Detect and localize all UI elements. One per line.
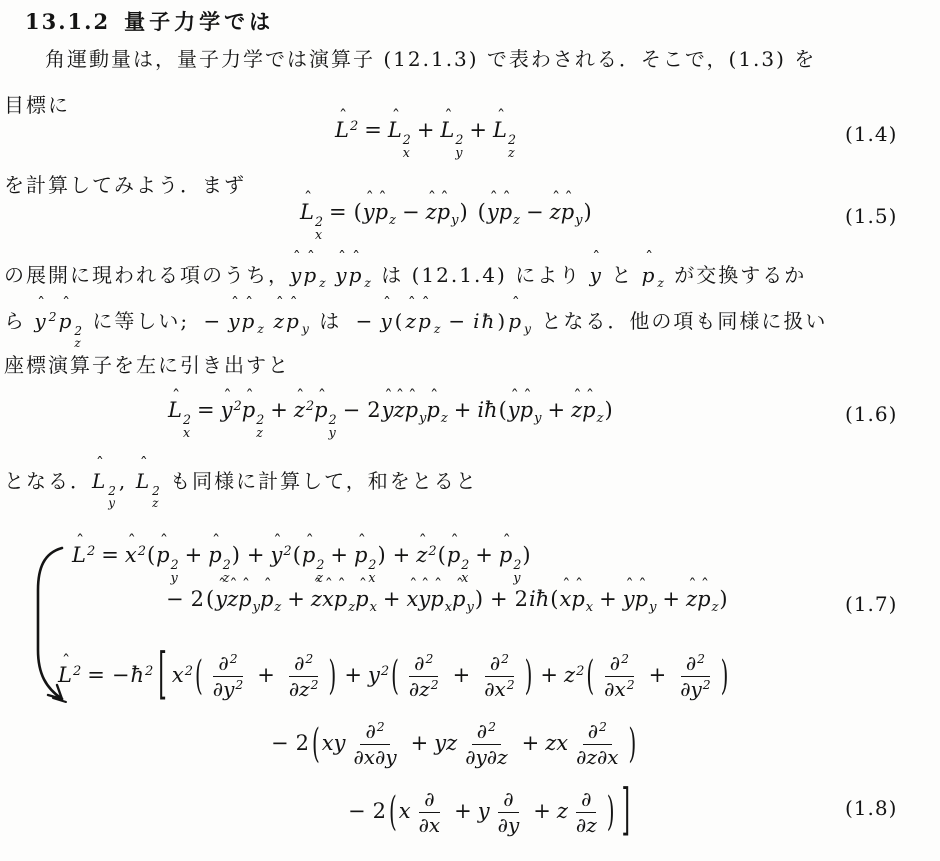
math-token: ( — [206, 587, 214, 611]
math-token: ∂∂y — [493, 788, 525, 837]
math-token: pˆz — [582, 398, 603, 426]
equation-tag-1-6: (1.6) — [845, 402, 897, 426]
equation-tag-1-8: (1.8) — [845, 796, 897, 820]
hat-accent: ˆ — [573, 388, 581, 405]
hat-accent: ˆ — [430, 388, 438, 405]
hat-accent: ˆ — [396, 388, 404, 405]
math-token: + — [287, 587, 305, 611]
hat-accent: ˆ — [422, 296, 432, 312]
hat-accent: ˆ — [293, 250, 303, 266]
hat-accent: ˆ — [701, 577, 709, 594]
math-token: pˆ2y — [156, 543, 178, 584]
math-token: ) — [232, 543, 240, 567]
hat-accent: ˆ — [337, 577, 345, 594]
paragraph-line: の展開に現われる項のうち，yˆpˆzyˆpˆz は (12.1.4) により y… — [4, 260, 806, 293]
math-token: + — [454, 398, 472, 422]
math-token: ∂2 — [365, 720, 384, 743]
hat-accent: ˆ — [96, 456, 106, 472]
math-token: ∂2 — [218, 652, 237, 675]
math-token: pˆy — [508, 306, 533, 339]
math-token: yˆ2 — [271, 543, 292, 567]
math-token: xˆ — [559, 587, 571, 611]
hat-accent: ˆ — [318, 388, 326, 405]
math-token: ( — [550, 587, 558, 611]
hat-accent: ˆ — [338, 250, 348, 266]
hat-accent: ˆ — [218, 577, 226, 594]
math-token: ) — [629, 719, 637, 767]
math-token: zˆ2 — [416, 543, 436, 567]
math-token: i — [473, 306, 481, 336]
math-token: ∂∂x — [414, 788, 446, 837]
math-token: xˆ — [407, 587, 419, 611]
math-token: y2 — [691, 678, 711, 701]
math-token: 2 — [367, 398, 380, 422]
paragraph-line: となる．Lˆ2y,Lˆ2z も同様に計算して，和をとると — [4, 466, 478, 510]
math-token: zˆ — [426, 200, 437, 224]
math-token: ∂2 — [686, 652, 705, 675]
inline-math: Lˆ2y,Lˆ2z — [92, 469, 162, 493]
math-token: pˆz — [260, 587, 281, 615]
math-token: + — [649, 663, 667, 687]
math-token: ∂ — [353, 746, 363, 769]
inline-math: −yˆ(zˆpˆz−iħ)pˆy — [350, 309, 533, 333]
math-token: ∂2∂x∂y — [348, 720, 401, 769]
math-token: yˆ2 — [221, 398, 242, 422]
math-token: ) — [721, 651, 729, 699]
math-token: Lˆ2x — [300, 200, 323, 241]
math-token: Lˆ2 — [72, 543, 95, 567]
math-token: Lˆ2z — [493, 118, 516, 159]
hat-accent: ˆ — [352, 250, 362, 266]
math-token: + — [270, 398, 288, 422]
math-token: z — [497, 746, 508, 769]
hat-accent: ˆ — [421, 577, 429, 594]
math-token: pˆy — [437, 200, 459, 228]
math-token: z2 — [564, 663, 584, 687]
equation-1-7-line-2: −2(yˆzˆpˆypˆz+zˆxˆpˆzpˆx+xˆyˆpˆxpˆy)+2iħ… — [160, 587, 729, 615]
section-title: 量子力学では — [124, 9, 274, 34]
math-token: pˆz — [697, 587, 718, 615]
math-token: Lˆ2y — [92, 466, 118, 510]
math-token: − — [112, 663, 130, 687]
math-token: zˆ — [686, 587, 697, 611]
math-token: i — [529, 587, 536, 611]
math-token: pˆy — [405, 398, 427, 426]
math-token: Lˆ2 — [58, 663, 81, 687]
equation-tag-1-5: (1.5) — [845, 204, 897, 228]
math-token: ∂ — [424, 788, 434, 811]
math-token: − — [348, 799, 366, 823]
paragraph-line: 座標演算子を左に引き出すと — [4, 350, 290, 380]
math-token: = — [197, 398, 215, 422]
math-token: − — [271, 731, 289, 755]
math-token: ( — [354, 200, 362, 224]
hat-accent: ˆ — [562, 577, 570, 594]
equation-1-8-line-3: −2(x∂∂x+y∂∂y+z∂∂z)] — [342, 788, 635, 837]
math-token: ] — [622, 780, 631, 843]
math-token: x — [556, 731, 568, 755]
hat-accent: ˆ — [497, 108, 505, 125]
hat-accent: ˆ — [223, 388, 231, 405]
hat-accent: ˆ — [575, 577, 583, 594]
math-token: pˆx — [355, 587, 377, 615]
math-token: yˆ — [382, 398, 394, 422]
text-run: となる． — [4, 469, 92, 493]
math-token: x — [364, 746, 375, 769]
hat-accent: ˆ — [428, 190, 436, 207]
hat-accent: ˆ — [450, 533, 458, 550]
math-token: ∂2 — [610, 652, 629, 675]
math-token: Lˆ2z — [136, 466, 162, 510]
hat-accent: ˆ — [339, 108, 347, 125]
hat-accent: ˆ — [638, 577, 646, 594]
math-token: zˆ — [227, 587, 238, 611]
hat-accent: ˆ — [440, 190, 448, 207]
hat-accent: ˆ — [140, 456, 150, 472]
hat-accent: ˆ — [523, 388, 531, 405]
math-token: − — [166, 587, 184, 611]
paragraph-line: 角運動量は，量子力学では演算子 (12.1.3) で表わされる．そこで，(1.3… — [45, 44, 816, 74]
section-number: 13.1.2 — [25, 9, 110, 34]
math-token: + — [344, 663, 362, 687]
hat-accent: ˆ — [409, 577, 417, 594]
math-token: ∂2∂z2 — [404, 652, 444, 701]
hat-accent: ˆ — [212, 533, 220, 550]
math-token: ) — [584, 200, 592, 224]
hat-accent: ˆ — [625, 577, 633, 594]
equation-tag-1-7: (1.7) — [845, 592, 897, 616]
hat-accent: ˆ — [408, 296, 418, 312]
math-token: yˆ — [215, 587, 227, 611]
math-token: ) — [497, 306, 507, 336]
math-token: x — [399, 799, 411, 823]
math-token: ∂∂z — [571, 788, 602, 837]
math-token: ħ — [484, 398, 498, 422]
hat-accent: ˆ — [434, 577, 442, 594]
math-token: ) — [377, 543, 385, 567]
math-token: ) — [329, 651, 337, 699]
math-token: yˆ — [290, 260, 303, 290]
math-token: pˆ2z — [242, 398, 264, 439]
math-token: zˆ — [571, 398, 582, 422]
math-token: + — [330, 543, 348, 567]
math-token: ∂ — [375, 746, 385, 769]
math-token: − — [343, 398, 361, 422]
hat-accent: ˆ — [304, 190, 312, 207]
math-token: Lˆ2y — [440, 118, 463, 159]
math-token: zˆ — [405, 306, 418, 336]
math-token: ∂ — [503, 788, 513, 811]
math-token: ) — [719, 587, 727, 611]
math-token: pˆz — [242, 306, 266, 339]
math-token: ∂2∂y∂z — [460, 720, 512, 769]
math-token: pˆ2y — [314, 398, 336, 439]
math-token: ∂2 — [588, 720, 607, 743]
math-token: − — [526, 200, 544, 224]
hat-accent: ˆ — [645, 250, 655, 266]
hat-accent: ˆ — [552, 190, 560, 207]
math-token: pˆy — [520, 398, 542, 426]
math-token: ∂2∂y2 — [675, 652, 715, 701]
hat-accent: ˆ — [305, 533, 313, 550]
math-token: ) — [604, 398, 612, 422]
math-token: + — [522, 731, 540, 755]
hat-accent: ˆ — [359, 577, 367, 594]
math-token: Lˆ2x — [388, 118, 411, 159]
hat-accent: ˆ — [383, 296, 393, 312]
text-run: 座標演算子を左に引き出すと — [4, 353, 290, 377]
hat-accent: ˆ — [408, 388, 416, 405]
math-token: ∂2∂x2 — [479, 652, 519, 701]
math-token: ∂ — [576, 814, 586, 837]
hat-accent: ˆ — [276, 296, 286, 312]
math-token: + — [453, 663, 471, 687]
math-token: ∂ — [465, 746, 475, 769]
math-token: pˆz — [375, 200, 396, 228]
hat-accent: ˆ — [313, 577, 321, 594]
math-token: , — [119, 466, 127, 496]
math-token: ( — [195, 651, 203, 699]
math-token: ∂2∂x2 — [599, 652, 639, 701]
math-token: ∂ — [576, 746, 586, 769]
math-token: pˆz — [303, 260, 327, 293]
math-token: yˆ — [508, 398, 520, 422]
hat-accent: ˆ — [245, 388, 253, 405]
math-token: ħ — [482, 306, 497, 336]
math-token: zˆ2 — [294, 398, 314, 422]
hat-accent: ˆ — [307, 250, 317, 266]
math-token: ∂ — [597, 746, 607, 769]
text-run: 目標に — [4, 93, 70, 117]
math-token: − — [448, 306, 467, 336]
hat-accent: ˆ — [490, 190, 498, 207]
text-run: は (12.1.4) により — [373, 263, 590, 287]
text-run: も同様に計算して，和をとると — [162, 469, 478, 493]
math-token: + — [533, 799, 551, 823]
math-token: pˆy — [635, 587, 657, 615]
math-token: = — [364, 118, 382, 142]
math-token: 2 — [296, 731, 309, 755]
math-token: ∂ — [680, 678, 690, 701]
hat-accent: ˆ — [510, 388, 518, 405]
math-token: ∂2 — [490, 652, 509, 675]
math-token: ∂ — [484, 678, 494, 701]
math-token: ( — [395, 306, 405, 336]
text-run: となる．他の項も同様に扱い — [533, 309, 827, 333]
math-token: = — [329, 200, 347, 224]
math-token: yˆ — [363, 200, 375, 224]
hat-accent: ˆ — [296, 388, 304, 405]
hat-accent: ˆ — [586, 388, 594, 405]
math-token: x2 — [172, 663, 193, 687]
text-run: の展開に現われる項のうち， — [4, 263, 290, 287]
math-token: z — [557, 799, 568, 823]
math-token: + — [257, 663, 275, 687]
hat-accent: ˆ — [245, 296, 255, 312]
math-token: + — [599, 587, 617, 611]
section-heading: 13.1.2量子力学では — [25, 6, 274, 36]
hat-accent: ˆ — [290, 296, 300, 312]
math-token: [ — [158, 644, 167, 707]
hat-accent: ˆ — [37, 296, 47, 312]
math-token: ( — [478, 200, 486, 224]
math-token: ∂ — [487, 746, 497, 769]
hat-accent: ˆ — [564, 190, 572, 207]
math-token: pˆy — [286, 306, 311, 339]
math-token: y — [334, 731, 346, 755]
equation-1-6: Lˆ2x=yˆ2pˆ2z+zˆ2pˆ2y−2yˆzˆpˆypˆz+iħ(yˆpˆ… — [168, 398, 614, 439]
math-token: pˆx — [571, 587, 593, 615]
math-token: i — [477, 398, 484, 422]
math-token: − — [402, 200, 420, 224]
math-token: x2 — [614, 678, 634, 701]
math-token: + — [247, 543, 265, 567]
paragraph-line: ら yˆ2pˆ2z に等しい; −yˆpˆzzˆpˆy は −yˆ(zˆpˆz−… — [4, 306, 827, 350]
math-token: ( — [586, 651, 594, 699]
math-token: x2 — [495, 678, 515, 701]
math-token: 2 — [191, 587, 204, 611]
hat-accent: ˆ — [264, 577, 272, 594]
math-token: ) — [522, 543, 530, 567]
hat-accent: ˆ — [229, 577, 237, 594]
math-token: z — [586, 814, 597, 837]
math-token: ( — [499, 398, 507, 422]
text-run: ら — [4, 309, 34, 333]
math-token: pˆz — [334, 587, 355, 615]
hat-accent: ˆ — [76, 533, 84, 550]
math-token: yˆ2 — [34, 306, 58, 336]
math-token: + — [490, 587, 508, 611]
math-token: ∂ — [289, 678, 299, 701]
math-token: xˆ2 — [125, 543, 146, 567]
math-token: pˆ2y — [499, 543, 521, 584]
hat-accent: ˆ — [592, 250, 602, 266]
math-token: xˆ — [322, 587, 334, 611]
math-token: x — [429, 814, 440, 837]
math-token: pˆy — [452, 587, 474, 615]
math-token: y2 — [368, 663, 389, 687]
math-token: Lˆ2 — [335, 118, 358, 142]
math-token: + — [383, 587, 401, 611]
hat-accent: ˆ — [160, 533, 168, 550]
math-token: x — [322, 731, 334, 755]
math-token: ∂2 — [414, 652, 433, 675]
math-token: pˆy — [238, 587, 260, 615]
math-token: ∂ — [581, 788, 591, 811]
math-token: ) — [475, 587, 483, 611]
math-token: ∂ — [213, 678, 223, 701]
math-token: − — [203, 306, 222, 336]
math-token: yˆ — [228, 306, 241, 336]
math-token: ∂2 — [477, 720, 496, 743]
math-token: ) — [459, 200, 467, 224]
hat-accent: ˆ — [688, 577, 696, 594]
inline-math: yˆpˆzyˆpˆz — [290, 263, 373, 287]
hat-accent: ˆ — [502, 190, 510, 207]
math-token: + — [393, 543, 411, 567]
math-token: pˆy — [561, 200, 583, 228]
math-token: ( — [391, 651, 399, 699]
hat-accent: ˆ — [384, 388, 392, 405]
hat-accent: ˆ — [358, 533, 366, 550]
math-token: ) — [525, 651, 533, 699]
math-token: yˆ — [623, 587, 635, 611]
math-token: yˆ — [380, 306, 393, 336]
inline-math: yˆ — [590, 263, 603, 287]
hat-accent: ˆ — [512, 296, 522, 312]
math-token: ( — [293, 543, 301, 567]
math-token: pˆz — [349, 260, 373, 293]
hat-accent: ˆ — [444, 108, 452, 125]
text-run: が交換するか — [666, 263, 806, 287]
hat-accent: ˆ — [392, 108, 400, 125]
math-token: = — [101, 543, 119, 567]
hat-accent: ˆ — [242, 577, 250, 594]
math-token: pˆz — [642, 260, 666, 293]
math-token: ∂ — [419, 814, 429, 837]
hat-accent: ˆ — [502, 533, 510, 550]
hat-accent: ˆ — [128, 533, 136, 550]
math-token: pˆz — [418, 306, 442, 339]
text-run: と — [603, 263, 642, 287]
math-token: y — [478, 799, 490, 823]
textbook-page: 13.1.2量子力学では 角運動量は，量子力学では演算子 (12.1.3) で表… — [0, 0, 940, 861]
math-token: + — [540, 663, 558, 687]
math-token: zˆ — [273, 306, 286, 336]
inline-math: −yˆpˆzzˆpˆy — [197, 309, 310, 333]
math-token: pˆ2z — [59, 306, 84, 350]
math-token: yˆ — [487, 200, 499, 224]
math-token: pˆx — [430, 587, 452, 615]
math-token: z — [586, 746, 597, 769]
hat-accent: ˆ — [378, 190, 386, 207]
equation-1-4: Lˆ2=Lˆ2x+Lˆ2y+Lˆ2z — [335, 118, 516, 159]
math-token: ħ2 — [130, 663, 153, 687]
math-token: zˆ — [550, 200, 561, 224]
hat-accent: ˆ — [231, 296, 241, 312]
math-token: + — [417, 118, 435, 142]
math-token: y — [434, 731, 446, 755]
math-token: ∂2∂z2 — [284, 652, 324, 701]
math-token: ∂ — [604, 678, 614, 701]
math-token: + — [475, 543, 493, 567]
hat-accent: ˆ — [365, 190, 373, 207]
math-token: z — [446, 731, 457, 755]
equation-1-8-line-1: Lˆ2=−ħ2[x2(∂2∂y2+∂2∂z2)+y2(∂2∂z2+∂2∂x2)+… — [58, 652, 730, 701]
math-token: y — [476, 746, 487, 769]
hat-accent: ˆ — [418, 533, 426, 550]
hat-accent: ˆ — [456, 577, 464, 594]
math-token: z2 — [419, 678, 438, 701]
math-token: yˆ — [418, 587, 430, 611]
text-run: は — [311, 309, 350, 333]
math-token: zˆ — [394, 398, 405, 422]
math-token: ∂ — [409, 678, 419, 701]
math-token: + — [411, 731, 429, 755]
paragraph-line: を計算してみよう．まず — [4, 170, 246, 200]
math-token: z — [545, 731, 556, 755]
equation-1-5: Lˆ2x=(yˆpˆz−zˆpˆy)(yˆpˆz−zˆpˆy) — [300, 200, 593, 241]
math-token: yˆ — [590, 260, 603, 290]
math-token: − — [356, 306, 375, 336]
math-token: ( — [312, 719, 320, 767]
math-token: pˆz — [499, 200, 520, 228]
inline-math: pˆz — [642, 263, 666, 287]
math-token: ) — [607, 787, 615, 835]
math-token: Lˆ2x — [168, 398, 191, 439]
math-token: x — [607, 746, 618, 769]
text-run: を計算してみよう．まず — [4, 173, 246, 197]
